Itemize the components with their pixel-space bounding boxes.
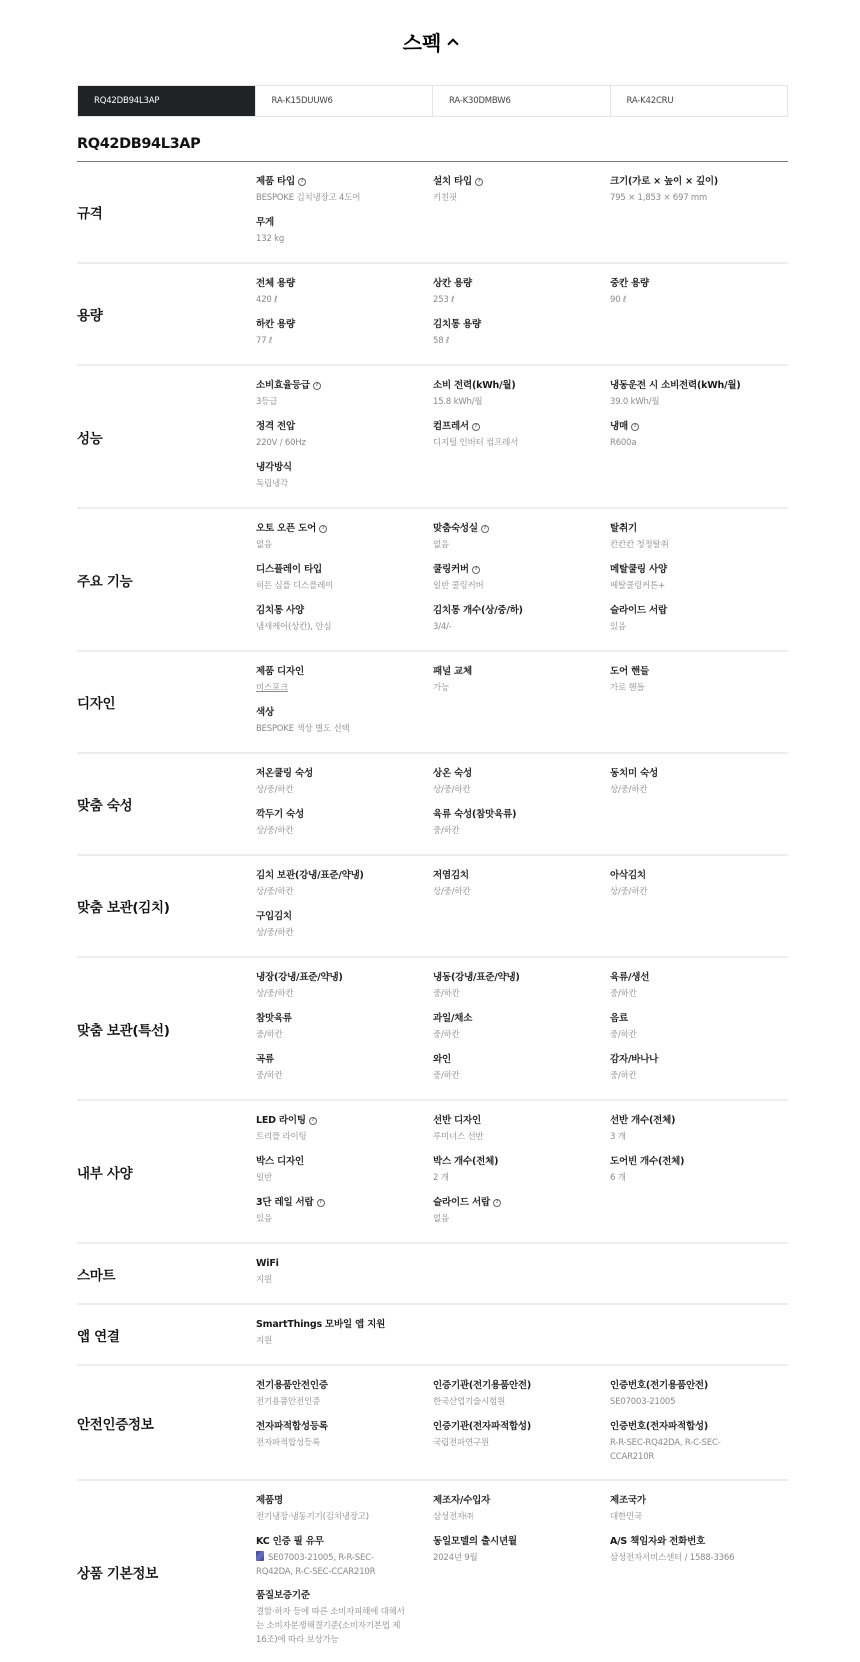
info-icon[interactable]: ?	[475, 178, 483, 186]
spec-key: 오토 오픈 도어?	[256, 522, 433, 536]
spec-value-text: 상/중/하칸	[256, 989, 293, 999]
spec-value: 한국산업기술시험원	[433, 1395, 583, 1409]
spec-value: 2 개	[433, 1171, 583, 1185]
spec-value-text: 795 × 1,853 × 697 mm	[610, 193, 707, 203]
spec-value: 지원	[256, 1334, 406, 1348]
spec-value-text: 디지털 인버터 컴프레서	[433, 438, 518, 448]
info-icon[interactable]: ?	[631, 423, 639, 431]
spec-value-text: 상/중/하칸	[433, 887, 470, 897]
spec-key-text: 제품 디자인	[256, 665, 304, 679]
spec-value: 가로 핸들	[610, 681, 760, 695]
spec-section: 내부 사양LED 라이팅?트리플 라이팅선반 디자인루미너스 선반선반 개수(전…	[77, 1101, 788, 1244]
spec-item: 탈취기칸칸칸 청정탈취	[610, 518, 788, 559]
spec-item: 인증기관(전자파적합성)국립전파연구원	[433, 1416, 610, 1470]
spec-value: R-R-SEC-RQ42DA, R-C-SEC-CCAR210R	[610, 1436, 760, 1464]
spec-item: 슬라이드 서랍?없음	[433, 1192, 610, 1233]
spec-key: 전자파적합성등록	[256, 1420, 433, 1434]
spec-section: 성능소비효율등급?3등급소비 전력(kWh/월)15.8 kWh/월냉동운전 시…	[77, 366, 788, 509]
spec-value: 국립전파연구원	[433, 1436, 583, 1450]
spec-item: 동치미 숙성상/중/하칸	[610, 763, 788, 804]
spec-section: 안전인증정보전기용품안전인증전기용품안전인증인증기관(전기용품안전)한국산업기술…	[77, 1366, 788, 1481]
spec-key-text: 아삭김치	[610, 869, 646, 883]
spec-value-text: 3 개	[610, 1132, 626, 1142]
spec-key-text: 전체 용량	[256, 277, 295, 291]
spec-grid: 제품명전기냉장·냉동기기(김치냉장고)제조자/수입자삼성전자㈜제조국가대한민국K…	[256, 1490, 788, 1653]
spec-toggle-button[interactable]: 스펙	[403, 27, 458, 56]
spec-value: 지원	[256, 1273, 406, 1287]
spec-value: 트리플 라이팅	[256, 1130, 406, 1144]
spec-value-text: 루미너스 선반	[433, 1132, 484, 1142]
spec-item: 제조국가대한민국	[610, 1490, 788, 1531]
spec-key-text: 도어빈 개수(전체)	[610, 1155, 684, 1169]
spec-value: BESPOKE 색상 별도 선택	[256, 722, 406, 736]
spec-value: 상/중/하칸	[256, 987, 406, 1001]
spec-key: 제품 타입?	[256, 175, 433, 189]
spec-value: 없음	[433, 1212, 583, 1226]
spec-item: 무게132 kg	[256, 212, 433, 253]
spec-key-text: 육류 숙성(참맛육류)	[433, 808, 516, 822]
spec-value: SE07003-21005	[610, 1395, 760, 1409]
spec-item: 패널 교체가능	[433, 661, 610, 702]
spec-item: 인증번호(전기용품안전)SE07003-21005	[610, 1375, 788, 1416]
spec-item: 전기용품안전인증전기용품안전인증	[256, 1375, 433, 1416]
spec-value-text: 중/하칸	[610, 989, 637, 999]
spec-key-text: 오토 오픈 도어	[256, 522, 316, 536]
spec-item: 제품 타입?BESPOKE 김치냉장고 4도어	[256, 171, 433, 212]
spec-value: 루미너스 선반	[433, 1130, 583, 1144]
spec-value-text: 상/중/하칸	[610, 887, 647, 897]
spec-value-text: R-R-SEC-RQ42DA, R-C-SEC-CCAR210R	[610, 1438, 721, 1462]
spec-key-text: 참맛육류	[256, 1012, 292, 1026]
spec-key-text: 제품 타입	[256, 175, 295, 189]
spec-key-text: 인증기관(전기용품안전)	[433, 1379, 531, 1393]
spec-value-text: 비스포크	[256, 683, 288, 693]
spec-grid: SmartThings 모바일 앱 지원지원	[256, 1314, 788, 1355]
spec-value: 있음	[256, 1212, 406, 1226]
spec-key: 맞춤숙성실?	[433, 522, 610, 536]
spec-value-text: 중/하칸	[433, 1030, 460, 1040]
spec-key: 크기(가로 × 높이 × 깊이)	[610, 175, 788, 189]
spec-key: 박스 디자인	[256, 1155, 433, 1169]
spec-item: 냉장(강냉/표준/약냉)상/중/하칸	[256, 967, 433, 1008]
spec-key-text: 맞춤숙성실	[433, 522, 478, 536]
spec-key: KC 인증 필 유무	[256, 1535, 433, 1549]
spec-item: 냉동운전 시 소비전력(kWh/월)39.0 kWh/월	[610, 375, 788, 416]
spec-value: 상/중/하칸	[433, 783, 583, 797]
spec-key-text: LED 라이팅	[256, 1114, 306, 1128]
spec-value-text: 39.0 kWh/월	[610, 397, 659, 407]
spec-value-text: 히든 심플 디스플레이	[256, 581, 333, 591]
tab-model-1[interactable]: RA-K15DUUW6	[255, 86, 433, 116]
spec-value-text: 중/하칸	[433, 826, 460, 836]
spec-value: 795 × 1,853 × 697 mm	[610, 191, 760, 205]
spec-value: 상/중/하칸	[433, 885, 583, 899]
spec-value: 전기용품안전인증	[256, 1395, 406, 1409]
spec-item: 참맛육류중/하칸	[256, 1008, 433, 1049]
spec-value-text: 90 ℓ	[610, 295, 626, 305]
spec-value: 상/중/하칸	[256, 926, 406, 940]
spec-key-text: 인증번호(전자파적합성)	[610, 1420, 708, 1434]
spec-key: 와인	[433, 1053, 610, 1067]
spec-key: 메탈쿨링 사양	[610, 563, 788, 577]
spec-grid: 오토 오픈 도어?없음맞춤숙성실?없음탈취기칸칸칸 청정탈취디스플레이 타입히든…	[256, 518, 788, 641]
spec-key: 인증기관(전자파적합성)	[433, 1420, 610, 1434]
spec-value-text: 지원	[256, 1336, 272, 1346]
spec-key: 육류 숙성(참맛육류)	[433, 808, 610, 822]
spec-key-text: 저온쿨링 숙성	[256, 767, 313, 781]
spec-value-text: 3/4/-	[433, 622, 452, 632]
spec-key: 제조국가	[610, 1494, 788, 1508]
spec-value-text: 가로 핸들	[610, 683, 645, 693]
spec-value-text: 전기용품안전인증	[256, 1397, 320, 1407]
section-label: 맞춤 숙성	[77, 763, 256, 845]
info-icon[interactable]: ?	[481, 525, 489, 533]
spec-key-text: 김치통 용량	[433, 318, 481, 332]
spec-key-text: 상온 숙성	[433, 767, 472, 781]
spec-key-text: 품질보증기준	[256, 1589, 310, 1603]
spec-key-text: 정격 전압	[256, 420, 295, 434]
spec-value-text: 중/하칸	[256, 1030, 283, 1040]
section-label: 용량	[77, 273, 256, 355]
spec-value: 중/하칸	[433, 987, 583, 1001]
spec-value: 중/하칸	[256, 1028, 406, 1042]
spec-item: 도어 핸들가로 핸들	[610, 661, 788, 702]
spec-key-text: 상칸 용량	[433, 277, 472, 291]
spec-key-text: 냉동(강냉/표준/약냉)	[433, 971, 520, 985]
spec-key: 도어빈 개수(전체)	[610, 1155, 788, 1169]
info-icon[interactable]: ?	[493, 1199, 501, 1207]
spec-key: 감자/바나나	[610, 1053, 788, 1067]
spec-value-text: 420 ℓ	[256, 295, 277, 305]
spec-item: 선반 개수(전체)3 개	[610, 1110, 788, 1151]
spec-key: 음료	[610, 1012, 788, 1026]
spec-value-text: 중/하칸	[433, 1071, 460, 1081]
spec-key-text: 박스 개수(전체)	[433, 1155, 498, 1169]
spec-key-text: 김치 보관(강냉/표준/약냉)	[256, 869, 364, 883]
spec-item: 선반 디자인루미너스 선반	[433, 1110, 610, 1151]
spec-title: 스펙	[403, 27, 442, 56]
spec-key: 동일모델의 출시년월	[433, 1535, 610, 1549]
spec-key-text: 하칸 용량	[256, 318, 295, 332]
info-icon[interactable]: ?	[319, 525, 327, 533]
spec-key-text: 냉각방식	[256, 461, 292, 475]
spec-value-text: 삼성전자㈜	[433, 1512, 473, 1522]
spec-value: 결함·하자 등에 따른 소비자피해에 대해서는 소비자분쟁해결기준(소비자기본법…	[256, 1605, 406, 1647]
spec-key-text: 인증번호(전기용품안전)	[610, 1379, 708, 1393]
spec-item: 메탈쿨링 사양메탈쿨링커튼+	[610, 559, 788, 600]
spec-key-text: 3단 레일 서랍	[256, 1196, 314, 1210]
spec-value-text: 상/중/하칸	[256, 928, 293, 938]
spec-value-text: 있음	[610, 622, 626, 632]
spec-value: R600a	[610, 436, 760, 450]
spec-value: 상/중/하칸	[256, 783, 406, 797]
spec-value-text: 상/중/하칸	[256, 826, 293, 836]
spec-item: 인증번호(전자파적합성)R-R-SEC-RQ42DA, R-C-SEC-CCAR…	[610, 1416, 788, 1470]
spec-value: 중/하칸	[433, 1069, 583, 1083]
spec-value: 3등급	[256, 395, 406, 409]
spec-value-text: 지원	[256, 1275, 272, 1285]
spec-key-text: 동일모델의 출시년월	[433, 1535, 517, 1549]
spec-key-text: 전기용품안전인증	[256, 1379, 328, 1393]
spec-key-text: 구입김치	[256, 910, 292, 924]
spec-key: 냉각방식	[256, 461, 433, 475]
spec-key: WiFi	[256, 1257, 433, 1271]
info-icon[interactable]: ?	[317, 1199, 325, 1207]
spec-value-text: 키친핏	[433, 193, 457, 203]
spec-value-text: 한국산업기술시험원	[433, 1397, 505, 1407]
spec-item: 소비 전력(kWh/월)15.8 kWh/월	[433, 375, 610, 416]
spec-item: A/S 책임자와 전화번호삼성전자서비스센터 / 1588-3366	[610, 1531, 788, 1585]
spec-item: 감자/바나나중/하칸	[610, 1049, 788, 1090]
spec-key-text: 김치통 개수(상/중/하)	[433, 604, 523, 618]
spec-key: 패널 교체	[433, 665, 610, 679]
spec-value-text: 가능	[433, 683, 449, 693]
spec-value-link[interactable]: 비스포크	[256, 681, 406, 695]
spec-value: 히든 심플 디스플레이	[256, 579, 406, 593]
spec-value-text: 77 ℓ	[256, 336, 272, 346]
spec-value: 3/4/-	[433, 620, 583, 634]
spec-key-text: 냉매	[610, 420, 628, 434]
spec-value-text: 일반 쿨링커버	[433, 581, 484, 591]
model-tabs: RQ42DB94L3APRA-K15DUUW6RA-K30DMBW6RA-K42…	[77, 85, 788, 117]
spec-key: 냉매?	[610, 420, 788, 434]
spec-key: 제품 디자인	[256, 665, 433, 679]
spec-item: 쿨링커버?일반 쿨링커버	[433, 559, 610, 600]
spec-key-text: 디스플레이 타입	[256, 563, 322, 577]
spec-key: 깍두기 숙성	[256, 808, 433, 822]
spec-item: 도어빈 개수(전체)6 개	[610, 1151, 788, 1192]
kc-mark-icon	[256, 1551, 264, 1561]
spec-value-text: BESPOKE 김치냉장고 4도어	[256, 193, 360, 203]
spec-key-text: 설치 타입	[433, 175, 472, 189]
spec-key: 냉장(강냉/표준/약냉)	[256, 971, 433, 985]
spec-key: 냉동(강냉/표준/약냉)	[433, 971, 610, 985]
spec-item: 정격 전압220V / 60Hz	[256, 416, 433, 457]
spec-value: 없음	[433, 538, 583, 552]
spec-value: 중/하칸	[433, 1028, 583, 1042]
spec-item: 오토 오픈 도어?없음	[256, 518, 433, 559]
spec-item: 소비효율등급?3등급	[256, 375, 433, 416]
spec-key: 색상	[256, 706, 433, 720]
spec-value-text: 국립전파연구원	[433, 1438, 489, 1448]
spec-key: 설치 타입?	[433, 175, 610, 189]
spec-item: 제조자/수입자삼성전자㈜	[433, 1490, 610, 1531]
spec-value-text: 상/중/하칸	[610, 785, 647, 795]
spec-key: 육류/생선	[610, 971, 788, 985]
spec-value: 상/중/하칸	[610, 783, 760, 797]
spec-item: 김치통 사양냄새케어(상칸), 안심	[256, 600, 433, 641]
spec-item: 상칸 용량253 ℓ	[433, 273, 610, 314]
spec-key-text: 전자파적합성등록	[256, 1420, 328, 1434]
spec-item: 박스 디자인일반	[256, 1151, 433, 1192]
spec-section: 용량전체 용량420 ℓ상칸 용량253 ℓ중칸 용량90 ℓ하칸 용량77 ℓ…	[77, 264, 788, 366]
section-label: 맞춤 보관(특선)	[77, 967, 256, 1090]
spec-grid: WiFi지원	[256, 1253, 788, 1294]
spec-item: 저염김치상/중/하칸	[433, 865, 610, 906]
spec-value: 있음	[610, 620, 760, 634]
spec-key-text: 음료	[610, 1012, 628, 1026]
spec-item: 하칸 용량77 ℓ	[256, 314, 433, 355]
spec-key: 도어 핸들	[610, 665, 788, 679]
spec-value-text: 58 ℓ	[433, 336, 449, 346]
spec-key: 품질보증기준	[256, 1589, 433, 1603]
spec-value: 키친핏	[433, 191, 583, 205]
tab-model-2[interactable]: RA-K30DMBW6	[432, 86, 610, 116]
spec-key: 정격 전압	[256, 420, 433, 434]
spec-value-text: 상/중/하칸	[256, 785, 293, 795]
spec-item: LED 라이팅?트리플 라이팅	[256, 1110, 433, 1151]
spec-key-text: 제조자/수입자	[433, 1494, 490, 1508]
section-label: 스마트	[77, 1253, 256, 1294]
info-icon[interactable]: ?	[309, 1117, 317, 1125]
spec-item: 육류 숙성(참맛육류)중/하칸	[433, 804, 610, 845]
spec-item: 냉동(강냉/표준/약냉)중/하칸	[433, 967, 610, 1008]
spec-value: 메탈쿨링커튼+	[610, 579, 760, 593]
spec-grid: 전기용품안전인증전기용품안전인증인증기관(전기용품안전)한국산업기술시험원인증번…	[256, 1375, 788, 1470]
spec-value: 상/중/하칸	[256, 885, 406, 899]
spec-value-text: 없음	[433, 540, 449, 550]
spec-key-text: 중칸 용량	[610, 277, 649, 291]
spec-value: 2024년 9월	[433, 1551, 583, 1565]
spec-value-text: 중/하칸	[610, 1071, 637, 1081]
spec-section: 맞춤 보관(특선)냉장(강냉/표준/약냉)상/중/하칸냉동(강냉/표준/약냉)중…	[77, 958, 788, 1101]
spec-key-text: 김치통 사양	[256, 604, 304, 618]
spec-key-text: 과일/채소	[433, 1012, 472, 1026]
spec-value: 삼성전자㈜	[433, 1510, 583, 1524]
section-label: 안전인증정보	[77, 1375, 256, 1470]
spec-value-text: 없음	[433, 1214, 449, 1224]
spec-key: SmartThings 모바일 앱 지원	[256, 1318, 433, 1332]
spec-value-text: 중/하칸	[433, 989, 460, 999]
info-icon[interactable]: ?	[313, 382, 321, 390]
spec-section: 스마트WiFi지원	[77, 1244, 788, 1305]
spec-value: 삼성전자서비스센터 / 1588-3366	[610, 1551, 760, 1565]
spec-item: 크기(가로 × 높이 × 깊이)795 × 1,853 × 697 mm	[610, 171, 788, 212]
spec-value: 일반	[256, 1171, 406, 1185]
spec-key-text: 무게	[256, 216, 274, 230]
spec-value: 253 ℓ	[433, 293, 583, 307]
spec-value-text: 220V / 60Hz	[256, 438, 306, 448]
spec-key-text: 패널 교체	[433, 665, 472, 679]
spec-value-text: 2 개	[433, 1173, 449, 1183]
spec-item: 아삭김치상/중/하칸	[610, 865, 788, 906]
spec-item: 깍두기 숙성상/중/하칸	[256, 804, 433, 845]
spec-value-text: 냄새케어(상칸), 안심	[256, 622, 331, 632]
spec-item: 김치 보관(강냉/표준/약냉)상/중/하칸	[256, 865, 433, 906]
spec-item: 와인중/하칸	[433, 1049, 610, 1090]
spec-key: 전기용품안전인증	[256, 1379, 433, 1393]
spec-key: 구입김치	[256, 910, 433, 924]
spec-value: 없음	[256, 538, 406, 552]
info-icon[interactable]: ?	[298, 178, 306, 186]
spec-value-text: 상/중/하칸	[433, 785, 470, 795]
spec-item: 동일모델의 출시년월2024년 9월	[433, 1531, 610, 1585]
tab-model-3[interactable]: RA-K42CRU	[610, 86, 788, 116]
spec-value-text: 독립냉각	[256, 479, 288, 489]
spec-key: 무게	[256, 216, 433, 230]
spec-key-text: 육류/생선	[610, 971, 649, 985]
spec-key: 탈취기	[610, 522, 788, 536]
spec-grid: 전체 용량420 ℓ상칸 용량253 ℓ중칸 용량90 ℓ하칸 용량77 ℓ김치…	[256, 273, 788, 355]
spec-item: 김치통 용량58 ℓ	[433, 314, 610, 355]
spec-value: 39.0 kWh/월	[610, 395, 760, 409]
spec-key-text: 메탈쿨링 사양	[610, 563, 667, 577]
spec-key: LED 라이팅?	[256, 1114, 433, 1128]
spec-value-text: 전자파적합성등록	[256, 1438, 320, 1448]
spec-key: 제품명	[256, 1494, 433, 1508]
spec-key: 인증번호(전기용품안전)	[610, 1379, 788, 1393]
tab-model-0[interactable]: RQ42DB94L3AP	[78, 86, 255, 116]
spec-key-text: 컴프레서	[433, 420, 469, 434]
spec-key-text: 소비효율등급	[256, 379, 310, 393]
spec-key: 김치통 용량	[433, 318, 610, 332]
spec-item: 디스플레이 타입히든 심플 디스플레이	[256, 559, 433, 600]
spec-item: 냉각방식독립냉각	[256, 457, 433, 498]
spec-value-text: 2024년 9월	[433, 1553, 478, 1563]
spec-key-text: 쿨링커버	[433, 563, 469, 577]
section-label: 주요 기능	[77, 518, 256, 641]
spec-value-text: 15.8 kWh/월	[433, 397, 482, 407]
spec-header: 스펙	[0, 27, 860, 55]
spec-key-text: 곡류	[256, 1053, 274, 1067]
spec-key: 제조자/수입자	[433, 1494, 610, 1508]
spec-value-text: 대한민국	[610, 1512, 642, 1522]
spec-item: 설치 타입?키친핏	[433, 171, 610, 212]
spec-grid: 김치 보관(강냉/표준/약냉)상/중/하칸저염김치상/중/하칸아삭김치상/중/하…	[256, 865, 788, 947]
spec-grid: LED 라이팅?트리플 라이팅선반 디자인루미너스 선반선반 개수(전체)3 개…	[256, 1110, 788, 1233]
info-icon[interactable]: ?	[472, 423, 480, 431]
spec-item: 과일/채소중/하칸	[433, 1008, 610, 1049]
spec-key: 인증번호(전자파적합성)	[610, 1420, 788, 1434]
spec-key: 선반 개수(전체)	[610, 1114, 788, 1128]
spec-key: 하칸 용량	[256, 318, 433, 332]
section-label: 규격	[77, 171, 256, 253]
spec-key: 과일/채소	[433, 1012, 610, 1026]
spec-grid: 소비효율등급?3등급소비 전력(kWh/월)15.8 kWh/월냉동운전 시 소…	[256, 375, 788, 498]
spec-item: 음료중/하칸	[610, 1008, 788, 1049]
spec-value: 220V / 60Hz	[256, 436, 406, 450]
spec-key-text: 냉동운전 시 소비전력(kWh/월)	[610, 379, 741, 393]
spec-value-text: 132 kg	[256, 234, 284, 244]
info-icon[interactable]: ?	[472, 566, 480, 574]
spec-value-text: 삼성전자서비스센터 / 1588-3366	[610, 1553, 734, 1563]
spec-key: 슬라이드 서랍	[610, 604, 788, 618]
spec-key: 참맛육류	[256, 1012, 433, 1026]
spec-item: 색상BESPOKE 색상 별도 선택	[256, 702, 433, 743]
spec-key-text: 크기(가로 × 높이 × 깊이)	[610, 175, 718, 189]
spec-value: 전기냉장·냉동기기(김치냉장고)	[256, 1510, 406, 1524]
spec-key-text: 냉장(강냉/표준/약냉)	[256, 971, 343, 985]
spec-value: 전자파적합성등록	[256, 1436, 406, 1450]
spec-key-text: 도어 핸들	[610, 665, 649, 679]
spec-key: 곡류	[256, 1053, 433, 1067]
spec-item: KC 인증 필 유무SE07003-21005, R-R-SEC-RQ42DA,…	[256, 1531, 433, 1585]
spec-section: 상품 기본정보제품명전기냉장·냉동기기(김치냉장고)제조자/수입자삼성전자㈜제조…	[77, 1481, 788, 1662]
spec-value: 420 ℓ	[256, 293, 406, 307]
spec-value: 독립냉각	[256, 477, 406, 491]
spec-key: 김치 보관(강냉/표준/약냉)	[256, 869, 433, 883]
spec-key-text: 슬라이드 서랍	[610, 604, 667, 618]
spec-key-text: WiFi	[256, 1257, 279, 1271]
spec-value: 디지털 인버터 컴프레서	[433, 436, 583, 450]
spec-section: 규격제품 타입?BESPOKE 김치냉장고 4도어설치 타입?키친핏크기(가로 …	[77, 162, 788, 264]
spec-key-text: 슬라이드 서랍	[433, 1196, 490, 1210]
spec-key-text: 인증기관(전자파적합성)	[433, 1420, 531, 1434]
spec-value: 58 ℓ	[433, 334, 583, 348]
spec-value: 중/하칸	[256, 1069, 406, 1083]
spec-item: 맞춤숙성실?없음	[433, 518, 610, 559]
spec-key-text: SmartThings 모바일 앱 지원	[256, 1318, 385, 1332]
